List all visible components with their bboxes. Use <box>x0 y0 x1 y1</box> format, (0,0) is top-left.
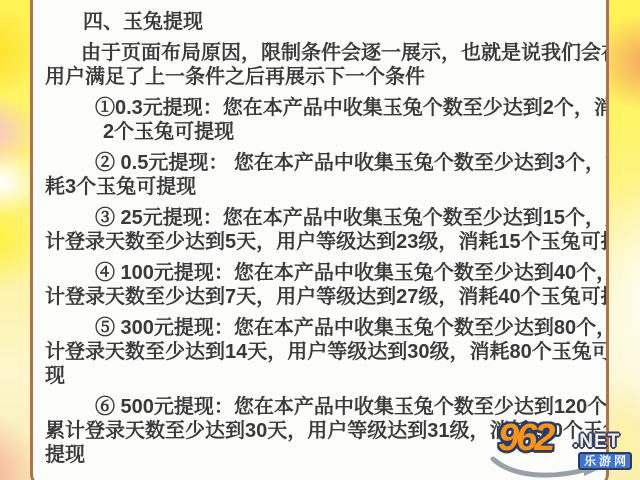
rule-item-4: ④ 100元提现：您在本产品中收集玉兔个数至少达到40个，累 计登录天数至少达到… <box>45 261 598 309</box>
section-title: 四、玉兔提现 <box>45 10 598 34</box>
rules-card: 四、玉兔提现 由于页面布局原因，限制条件会逐一展示，也就是说我们会在 用户满足了… <box>30 0 609 480</box>
rule-line: 计登录天数至少达到14天，用户等级达到30级，消耗80个玉兔可提 <box>45 340 598 364</box>
watermark-site-name: 乐游网 <box>578 452 632 470</box>
intro-paragraph: 由于页面布局原因，限制条件会逐一展示，也就是说我们会在 用户满足了上一条件之后再… <box>45 41 598 89</box>
rule-line: 2个玉兔可提现 <box>45 120 598 144</box>
rule-item-5: ⑤ 300元提现：您在本产品中收集玉兔个数至少达到80个，累 计登录天数至少达到… <box>45 316 598 388</box>
screenshot-root: 四、玉兔提现 由于页面布局原因，限制条件会逐一展示，也就是说我们会在 用户满足了… <box>0 0 640 480</box>
rule-item-1: ①0.3元提现：您在本产品中收集玉兔个数至少达到2个，消耗 2个玉兔可提现 <box>45 96 598 144</box>
rule-line: 现 <box>45 364 598 388</box>
rule-item-3: ③ 25元提现：您在本产品中收集玉兔个数至少达到15个，累 计登录天数至少达到5… <box>45 206 598 254</box>
rule-line: 计登录天数至少达到5天，用户等级达到23级，消耗15个玉兔可提现 <box>45 230 598 254</box>
rule-line: ⑤ 300元提现：您在本产品中收集玉兔个数至少达到80个，累 <box>45 316 598 340</box>
intro-line: 用户满足了上一条件之后再展示下一个条件 <box>45 65 598 89</box>
rule-line: ④ 100元提现：您在本产品中收集玉兔个数至少达到40个，累 <box>45 261 598 285</box>
intro-line: 由于页面布局原因，限制条件会逐一展示，也就是说我们会在 <box>45 41 598 65</box>
rule-item-2: ② 0.5元提现： 您在本产品中收集玉兔个数至少达到3个，消 耗3个玉兔可提现 <box>45 151 598 199</box>
watermark-domain: .NET <box>573 432 620 452</box>
rule-line: ③ 25元提现：您在本产品中收集玉兔个数至少达到15个，累 <box>45 206 598 230</box>
rule-line: ①0.3元提现：您在本产品中收集玉兔个数至少达到2个，消耗 <box>45 96 598 120</box>
section-heading: 四、玉兔提现 <box>45 10 598 34</box>
watermark-number: 962 <box>498 418 552 458</box>
rule-line: 耗3个玉兔可提现 <box>45 175 598 199</box>
rules-text: 四、玉兔提现 由于页面布局原因，限制条件会逐一展示，也就是说我们会在 用户满足了… <box>33 3 606 474</box>
rule-line: ② 0.5元提现： 您在本产品中收集玉兔个数至少达到3个，消 <box>45 151 598 175</box>
rule-line: 计登录天数至少达到7天，用户等级达到27级，消耗40个玉兔可提现 <box>45 285 598 309</box>
rule-line: ⑥ 500元提现：您在本产品中收集玉兔个数至少达到120个， <box>45 395 598 419</box>
962net-watermark: 962 .NET 乐游网 <box>490 424 640 480</box>
